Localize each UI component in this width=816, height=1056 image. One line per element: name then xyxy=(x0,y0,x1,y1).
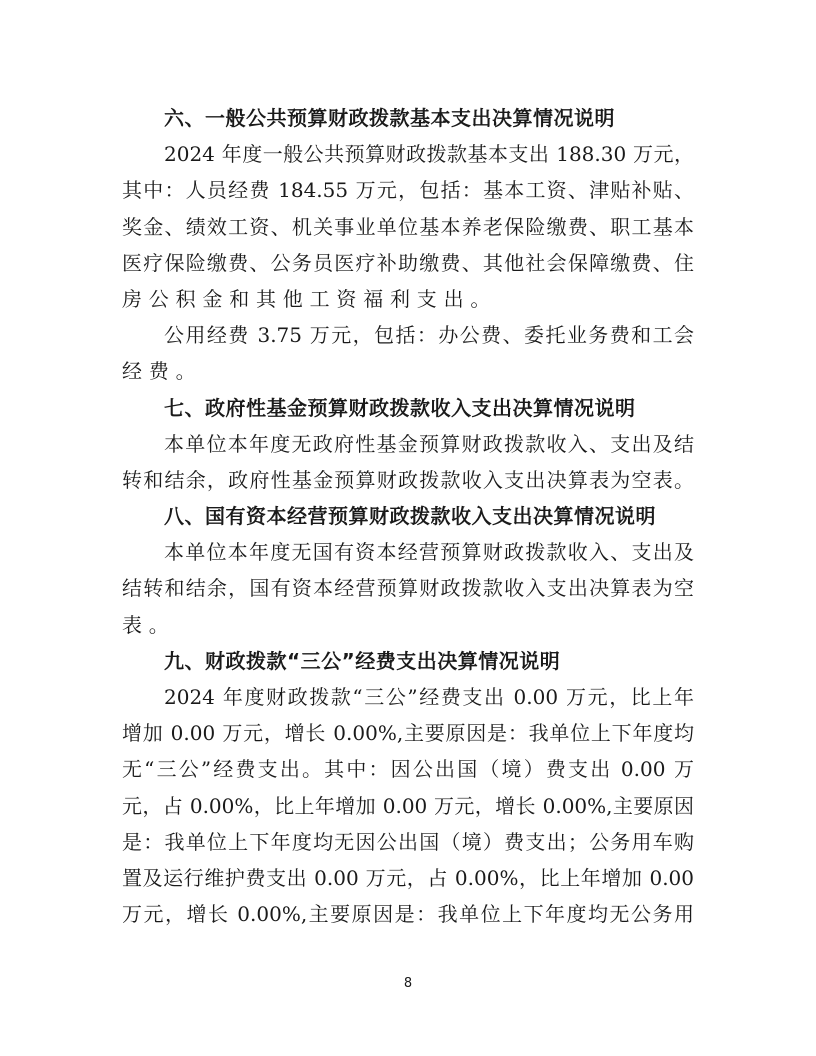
paragraph-line: 元，占 0.00%，比上年增加 0.00 万元，增长 0.00%,主要原因 xyxy=(122,788,694,824)
paragraph-line: 万元，增长 0.00%,主要原因是：我单位上下年度均无公务用 xyxy=(122,896,694,932)
paragraph-line: 房公积金和其他工资福利支出。 xyxy=(122,281,694,317)
paragraph-line: 无“三公”经费支出。其中：因公出国（境）费支出 0.00 万 xyxy=(122,751,694,787)
paragraph-line: 本单位本年度无国有资本经营预算财政拨款收入、支出及 xyxy=(122,534,694,570)
document-page: 六、一般公共预算财政拨款基本支出决算情况说明 2024 年度一般公共预算财政拨款… xyxy=(122,100,694,932)
paragraph-line: 公用经费 3.75 万元，包括：办公费、委托业务费和工会 xyxy=(122,317,694,353)
paragraph-line: 奖金、绩效工资、机关事业单位基本养老保险缴费、职工基本 xyxy=(122,209,694,245)
paragraph-line: 2024 年度一般公共预算财政拨款基本支出 188.30 万元， xyxy=(122,136,694,172)
paragraph-line: 表。 xyxy=(122,607,694,643)
page-number: 8 xyxy=(0,976,816,991)
paragraph-line: 结转和结余，国有资本经营预算财政拨款收入支出决算表为空 xyxy=(122,570,694,606)
paragraph-line: 2024 年度财政拨款“三公”经费支出 0.00 万元，比上年 xyxy=(122,679,694,715)
paragraph-line: 是：我单位上下年度均无因公出国（境）费支出；公务用车购 xyxy=(122,824,694,860)
paragraph-line: 置及运行维护费支出 0.00 万元，占 0.00%，比上年增加 0.00 xyxy=(122,860,694,896)
section-heading-8: 八、国有资本经营预算财政拨款收入支出决算情况说明 xyxy=(122,498,694,534)
paragraph-line: 转和结余，政府性基金预算财政拨款收入支出决算表为空表。 xyxy=(122,462,694,498)
paragraph-line: 其中：人员经费 184.55 万元，包括：基本工资、津贴补贴、 xyxy=(122,172,694,208)
paragraph-line: 增加 0.00 万元，增长 0.00%,主要原因是：我单位上下年度均 xyxy=(122,715,694,751)
paragraph-line: 本单位本年度无政府性基金预算财政拨款收入、支出及结 xyxy=(122,426,694,462)
section-heading-9: 九、财政拨款“三公”经费支出决算情况说明 xyxy=(122,643,694,679)
section-heading-6: 六、一般公共预算财政拨款基本支出决算情况说明 xyxy=(122,100,694,136)
section-heading-7: 七、政府性基金预算财政拨款收入支出决算情况说明 xyxy=(122,390,694,426)
paragraph-line: 医疗保险缴费、公务员医疗补助缴费、其他社会保障缴费、住 xyxy=(122,245,694,281)
paragraph-line: 经费。 xyxy=(122,353,694,389)
